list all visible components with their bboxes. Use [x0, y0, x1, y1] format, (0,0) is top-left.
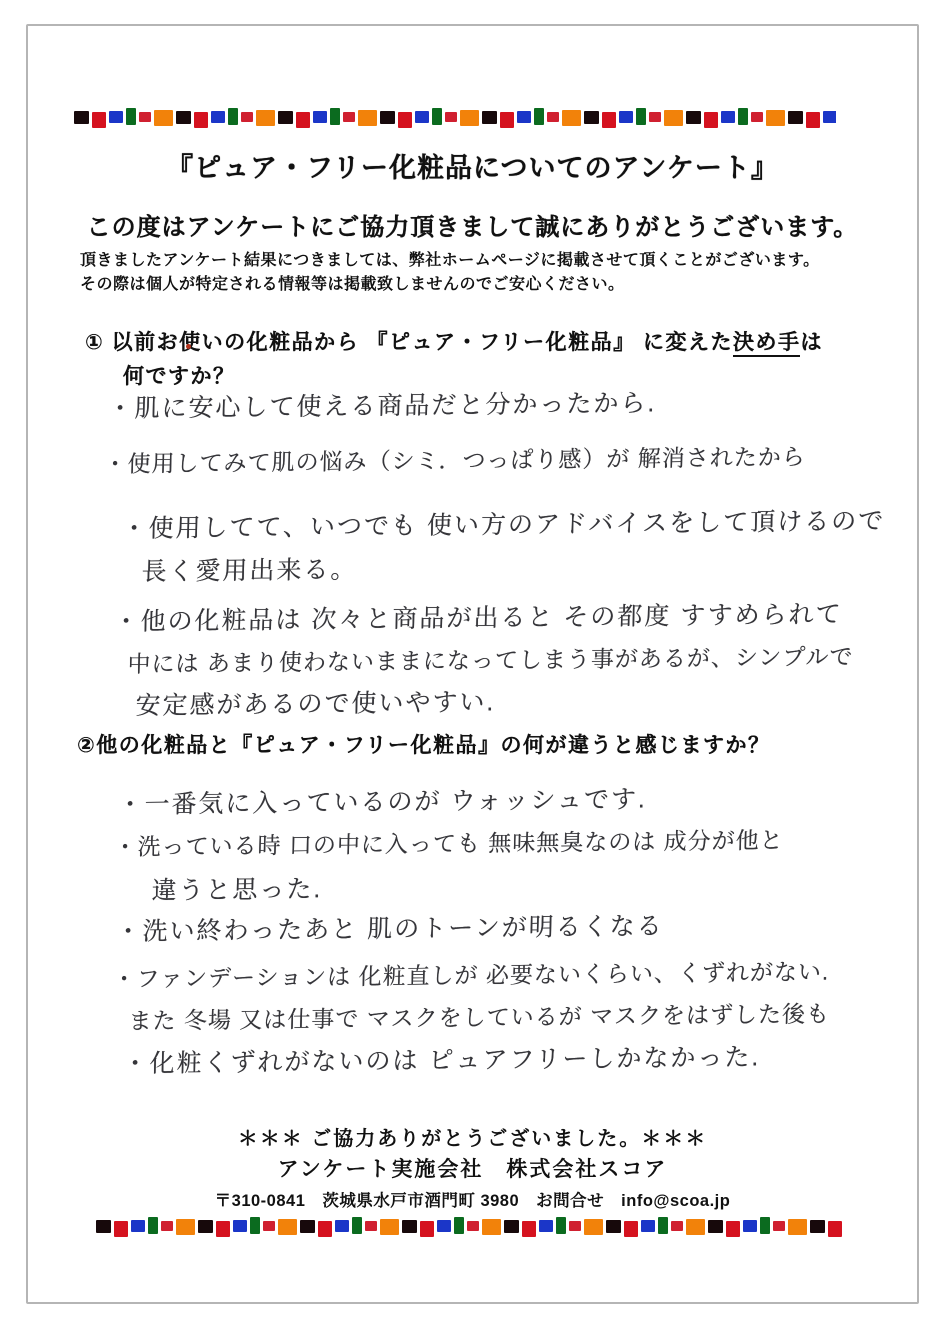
red-square: [420, 1221, 434, 1237]
orange-square: [176, 1219, 195, 1235]
red-small-square: [241, 112, 253, 122]
question1-underlined-word: 決め手: [733, 331, 801, 357]
green-square: [330, 108, 340, 125]
green-square: [556, 1217, 566, 1234]
red-square: [624, 1221, 638, 1237]
black-square: [96, 1220, 111, 1233]
q2-answer-line4: ・洗い終わったあと 肌のトーンが明るくなる: [115, 906, 664, 948]
blue-square: [131, 1220, 145, 1232]
green-square: [738, 108, 748, 125]
black-square: [504, 1220, 519, 1233]
green-square: [352, 1217, 362, 1234]
black-square: [198, 1220, 213, 1233]
question1-text-pre: ① 以前お使いの化粧品から 『ピュア・フリー化粧品』 に変えた: [85, 331, 733, 354]
blue-square: [437, 1220, 451, 1232]
red-small-square: [263, 1221, 275, 1231]
red-square: [522, 1221, 536, 1237]
green-square: [760, 1217, 770, 1234]
blue-square: [619, 111, 633, 123]
red-square: [296, 112, 310, 128]
question1-heading: ① 以前お使いの化粧品から 『ピュア・フリー化粧品』 に変えた決め手は: [85, 326, 823, 356]
red-small-square: [547, 112, 559, 122]
q2-answer-line3: 違うと思った.: [151, 869, 323, 907]
q2-answer-line6: また 冬場 又は仕事で マスクをしているが マスクをはずした後も: [128, 996, 830, 1036]
red-small-square: [365, 1221, 377, 1231]
q2-answer-line2: ・洗っている時 口の中に入っても 無味無臭なのは 成分が他と: [113, 822, 784, 862]
q1-answer-line1: ・肌に安心して使える商品だと分かったから.: [107, 383, 657, 425]
red-square: [806, 112, 820, 128]
orange-square: [256, 110, 275, 126]
orange-square: [460, 110, 479, 126]
blue-square: [641, 1220, 655, 1232]
red-small-square: [773, 1221, 785, 1231]
black-square: [300, 1220, 315, 1233]
privacy-note-line2: その際は個人が特定される情報等は掲載致しませんのでご安心ください。: [80, 271, 625, 294]
green-square: [148, 1217, 158, 1234]
red-square: [318, 1221, 332, 1237]
green-square: [658, 1217, 668, 1234]
q1-answer-line5: ・他の化粧品は 次々と商品が出ると その都度 すすめられて: [113, 594, 843, 638]
black-square: [606, 1220, 621, 1233]
orange-square: [358, 110, 377, 126]
blue-square: [335, 1220, 349, 1232]
orange-square: [584, 1219, 603, 1235]
red-small-square: [445, 112, 457, 122]
survey-title: 『ピュア・フリー化粧品についてのアンケート』: [28, 146, 917, 185]
orange-square: [766, 110, 785, 126]
green-square: [250, 1217, 260, 1234]
green-square: [432, 108, 442, 125]
blue-square: [721, 111, 735, 123]
red-square: [114, 1221, 128, 1237]
green-square: [126, 108, 136, 125]
question1-heading-line2: 何ですか？: [123, 360, 236, 390]
question2-heading: ②他の化粧品と『ピュア・フリー化粧品』の何が違うと感じますか？: [77, 729, 770, 759]
black-square: [380, 111, 395, 124]
q2-answer-line5: ・ファンデーションは 化粧直しが 必要ないくらい、くずれがない.: [112, 953, 830, 994]
red-square: [500, 112, 514, 128]
blue-square: [313, 111, 327, 123]
orange-square: [482, 1219, 501, 1235]
red-small-square: [343, 112, 355, 122]
red-small-square: [161, 1221, 173, 1231]
q1-answer-line7: 安定感があるので使いやすい.: [135, 682, 496, 722]
blue-square: [743, 1220, 757, 1232]
red-small-square: [649, 112, 661, 122]
orange-square: [686, 1219, 705, 1235]
orange-square: [154, 110, 173, 126]
red-small-square: [569, 1221, 581, 1231]
blue-square: [233, 1220, 247, 1232]
top-decorative-square-strip: [74, 106, 836, 128]
green-square: [454, 1217, 464, 1234]
bottom-decorative-square-strip: [96, 1215, 844, 1237]
blue-square: [211, 111, 225, 123]
green-square: [534, 108, 544, 125]
black-square: [788, 111, 803, 124]
red-square: [602, 112, 616, 128]
blue-square: [109, 111, 123, 123]
black-square: [686, 111, 701, 124]
scanned-survey-page: 『ピュア・フリー化粧品についてのアンケート』 この度はアンケートにご協力頂きまし…: [26, 24, 919, 1304]
q1-answer-line6: 中には あまり使わないままになってしまう事があるが、シンプルで: [127, 638, 854, 679]
green-square: [636, 108, 646, 125]
black-square: [584, 111, 599, 124]
red-square: [704, 112, 718, 128]
green-square: [228, 108, 238, 125]
blue-square: [415, 111, 429, 123]
black-square: [402, 1220, 417, 1233]
black-square: [176, 111, 191, 124]
orange-square: [664, 110, 683, 126]
red-ink-speck: [186, 344, 191, 349]
red-small-square: [139, 112, 151, 122]
orange-square: [788, 1219, 807, 1235]
question1-text-post: は: [800, 331, 823, 354]
orange-square: [562, 110, 581, 126]
red-square: [726, 1221, 740, 1237]
red-square: [398, 112, 412, 128]
q1-answer-line4: 長く愛用出来る。: [141, 550, 358, 588]
red-square: [194, 112, 208, 128]
blue-square: [823, 111, 836, 123]
footer-address: 〒310-0841 茨城県水戸市酒門町 3980 お問合せ info@scoa.…: [28, 1187, 917, 1211]
black-square: [810, 1220, 825, 1233]
orange-square: [380, 1219, 399, 1235]
black-square: [278, 111, 293, 124]
red-small-square: [467, 1221, 479, 1231]
blue-square: [517, 111, 531, 123]
red-small-square: [671, 1221, 683, 1231]
privacy-note-line1: 頂きましたアンケート結果につきましては、弊社ホームページに掲載させて頂くことがご…: [80, 247, 820, 270]
red-square: [828, 1221, 842, 1237]
red-small-square: [751, 112, 763, 122]
red-square: [92, 112, 106, 128]
black-square: [74, 111, 89, 124]
footer-closing: ＊＊＊ ご協力ありがとうございました。＊＊＊: [28, 1122, 917, 1151]
orange-square: [278, 1219, 297, 1235]
blue-square: [539, 1220, 553, 1232]
q1-answer-line2: ・使用してみて肌の悩み（シミ．つっぱり感）が 解消されたから: [103, 439, 806, 479]
black-square: [708, 1220, 723, 1233]
black-square: [482, 111, 497, 124]
q1-answer-line3: ・使用してて、いつでも 使い方のアドバイスをして頂けるので: [121, 501, 886, 545]
q2-answer-line1: ・一番気に入っているのが ウォッシュです.: [117, 779, 647, 821]
q2-answer-line7: ・化粧くずれがないのは ピュアフリーしかなかった.: [122, 1037, 761, 1080]
footer-company: アンケート実施会社 株式会社スコア: [28, 1153, 917, 1183]
thanks-line: この度はアンケートにご協力頂きまして誠にありがとうございます。: [28, 207, 917, 242]
red-square: [216, 1221, 230, 1237]
